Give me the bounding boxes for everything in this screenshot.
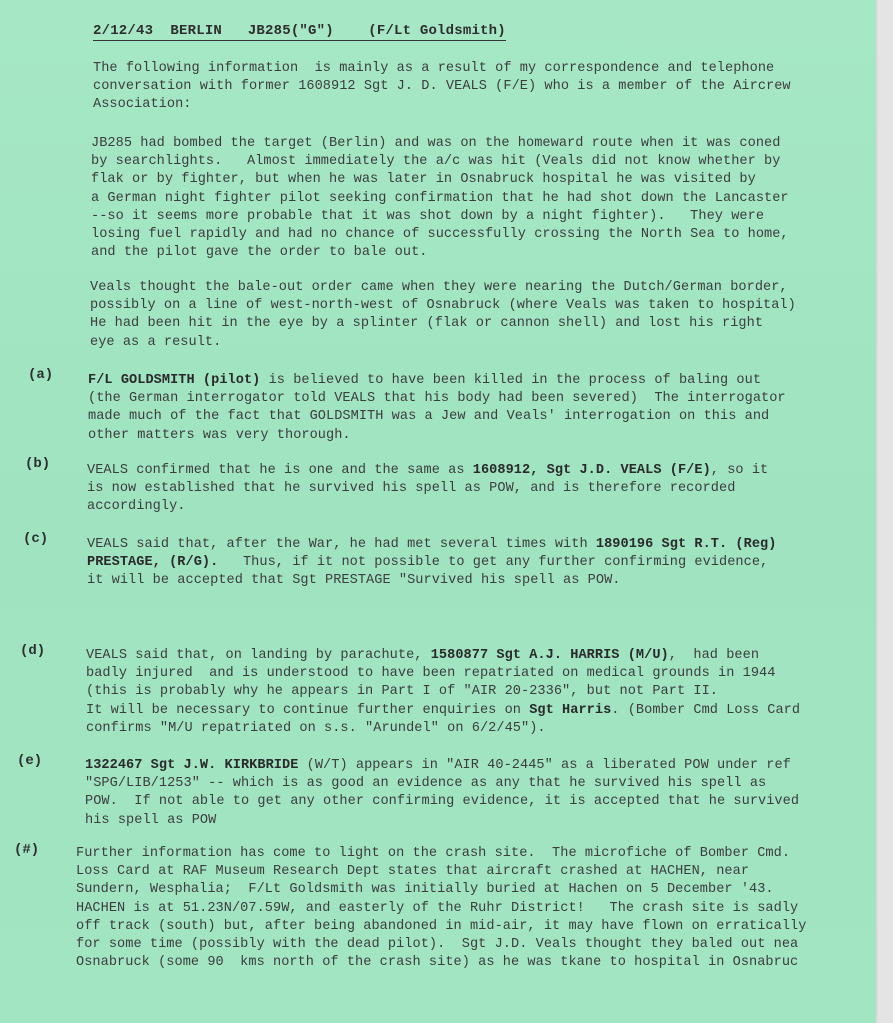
text-line: and the pilot gave the order to bale out… [91,244,789,262]
text-run: it will be accepted that Sgt PRESTAGE "S… [87,573,621,588]
text-run: VEALS said that, on landing by parachute… [86,648,431,663]
text-line: Further information has come to light on… [76,845,806,863]
text-line: his spell as POW [85,812,799,830]
item-c-text: VEALS said that, after the War, he had m… [87,536,776,591]
text-line: F/L GOLDSMITH (pilot) is believed to hav… [88,372,786,390]
text-line: VEALS said that, after the War, he had m… [87,536,776,554]
text-line: 1322467 Sgt J.W. KIRKBRIDE (W/T) appears… [85,757,799,775]
item-label: (b) [25,456,50,472]
item-e-text: 1322467 Sgt J.W. KIRKBRIDE (W/T) appears… [85,757,799,830]
text-line: conversation with former 1608912 Sgt J. … [93,78,791,96]
text-run: VEALS confirmed that he is one and the s… [87,463,473,478]
text-line: other matters was very thorough. [88,427,786,445]
text-run: "SPG/LIB/1253" -- which is as good an ev… [85,776,766,791]
text-line: possibly on a line of west-north-west of… [90,297,796,315]
text-run: his spell as POW [85,813,216,828]
text-line: badly injured and is understood to have … [86,665,800,683]
text-run: confirms "M/U repatriated on s.s. "Arund… [86,721,546,736]
text-run: (the German interrogator told VEALS that… [88,391,786,406]
item-d-text: VEALS said that, on landing by parachute… [86,647,800,738]
text-run: Thus, if it not possible to get any furt… [218,555,768,570]
text-line: It will be necessary to continue further… [86,702,800,720]
text-line: POW. If not able to get any other confir… [85,793,799,811]
text-line: is now established that he survived his … [87,480,768,498]
text-line: Sundern, Wesphalia; F/Lt Goldsmith was i… [76,881,806,899]
text-run: Further information has come to light on… [76,846,790,861]
text-line: HACHEN is at 51.23N/07.59W, and easterly… [76,900,806,918]
text-line: (this is probably why he appears in Part… [86,683,800,701]
text-run: made much of the fact that GOLDSMITH was… [88,409,769,424]
text-line: Loss Card at RAF Museum Research Dept st… [76,863,806,881]
item-label: (c) [23,531,48,547]
text-run: (W/T) appears in "AIR 40-2445" as a libe… [298,758,790,773]
item-label: (#) [14,842,39,858]
text-line: Osnabruck (some 90 kms north of the cras… [76,954,806,972]
item-a-text: F/L GOLDSMITH (pilot) is believed to hav… [88,372,786,445]
bold-text: 1580877 Sgt A.J. HARRIS (M/U) [431,648,669,663]
text-line: it will be accepted that Sgt PRESTAGE "S… [87,572,776,590]
text-run: , had been [669,648,759,663]
item-further-info-text: Further information has come to light on… [76,845,806,972]
bold-text: 1890196 Sgt R.T. (Reg) [596,537,777,552]
text-line: a German night fighter pilot seeking con… [91,190,789,208]
bale-out-paragraph: Veals thought the bale-out order came wh… [90,279,796,352]
text-run: VEALS said that, after the War, he had m… [87,537,596,552]
bold-text: 1608912, Sgt J.D. VEALS (F/E) [473,463,711,478]
text-line: The following information is mainly as a… [93,60,791,78]
text-run: badly injured and is understood to have … [86,666,775,681]
text-run: is now established that he survived his … [87,481,735,496]
text-line: VEALS confirmed that he is one and the s… [87,462,768,480]
text-line: Association: [93,96,791,114]
text-run: Sundern, Wesphalia; F/Lt Goldsmith was i… [76,882,774,897]
text-line: PRESTAGE, (R/G). Thus, if it not possibl… [87,554,776,572]
text-run: Loss Card at RAF Museum Research Dept st… [76,864,749,879]
text-run: HACHEN is at 51.23N/07.59W, and easterly… [76,901,798,916]
bold-text: Sgt Harris [529,703,611,718]
text-run: It will be necessary to continue further… [86,703,529,718]
text-run: other matters was very thorough. [88,428,351,443]
text-run: off track (south) but, after being aband… [76,919,806,934]
bold-text: 1322467 Sgt J.W. KIRKBRIDE [85,758,298,773]
text-line: "SPG/LIB/1253" -- which is as good an ev… [85,775,799,793]
text-run: , so it [711,463,768,478]
text-line: (the German interrogator told VEALS that… [88,390,786,408]
item-label: (d) [20,643,45,659]
crash-account-paragraph: JB285 had bombed the target (Berlin) and… [91,135,789,262]
document-heading: 2/12/43 BERLIN JB285("G") (F/Lt Goldsmit… [93,22,506,41]
item-label: (a) [28,367,53,383]
text-line: flak or by fighter, but when he was late… [91,171,789,189]
text-run: for some time (possibly with the dead pi… [76,937,798,952]
item-b-text: VEALS confirmed that he is one and the s… [87,462,768,517]
item-label: (e) [17,753,42,769]
text-line: JB285 had bombed the target (Berlin) and… [91,135,789,153]
text-line: for some time (possibly with the dead pi… [76,936,806,954]
text-line: made much of the fact that GOLDSMITH was… [88,408,786,426]
text-run: . (Bomber Cmd Loss Card [611,703,800,718]
text-run: is believed to have been killed in the p… [260,373,761,388]
text-line: accordingly. [87,498,768,516]
text-run: (this is probably why he appears in Part… [86,684,718,699]
text-line: VEALS said that, on landing by parachute… [86,647,800,665]
text-line: off track (south) but, after being aband… [76,918,806,936]
bold-text: PRESTAGE, (R/G). [87,555,218,570]
text-run: POW. If not able to get any other confir… [85,794,799,809]
text-line: confirms "M/U repatriated on s.s. "Arund… [86,720,800,738]
bold-text: F/L GOLDSMITH (pilot) [88,373,260,388]
text-line: --so it seems more probable that it was … [91,208,789,226]
text-run: Osnabruck (some 90 kms north of the cras… [76,955,798,970]
document-page: 2/12/43 BERLIN JB285("G") (F/Lt Goldsmit… [0,0,876,1023]
text-line: eye as a result. [90,334,796,352]
text-line: by searchlights. Almost immediately the … [91,153,789,171]
text-line: He had been hit in the eye by a splinter… [90,315,796,333]
text-line: losing fuel rapidly and had no chance of… [91,226,789,244]
text-line: Veals thought the bale-out order came wh… [90,279,796,297]
intro-paragraph: The following information is mainly as a… [93,60,791,115]
text-run: accordingly. [87,499,186,514]
